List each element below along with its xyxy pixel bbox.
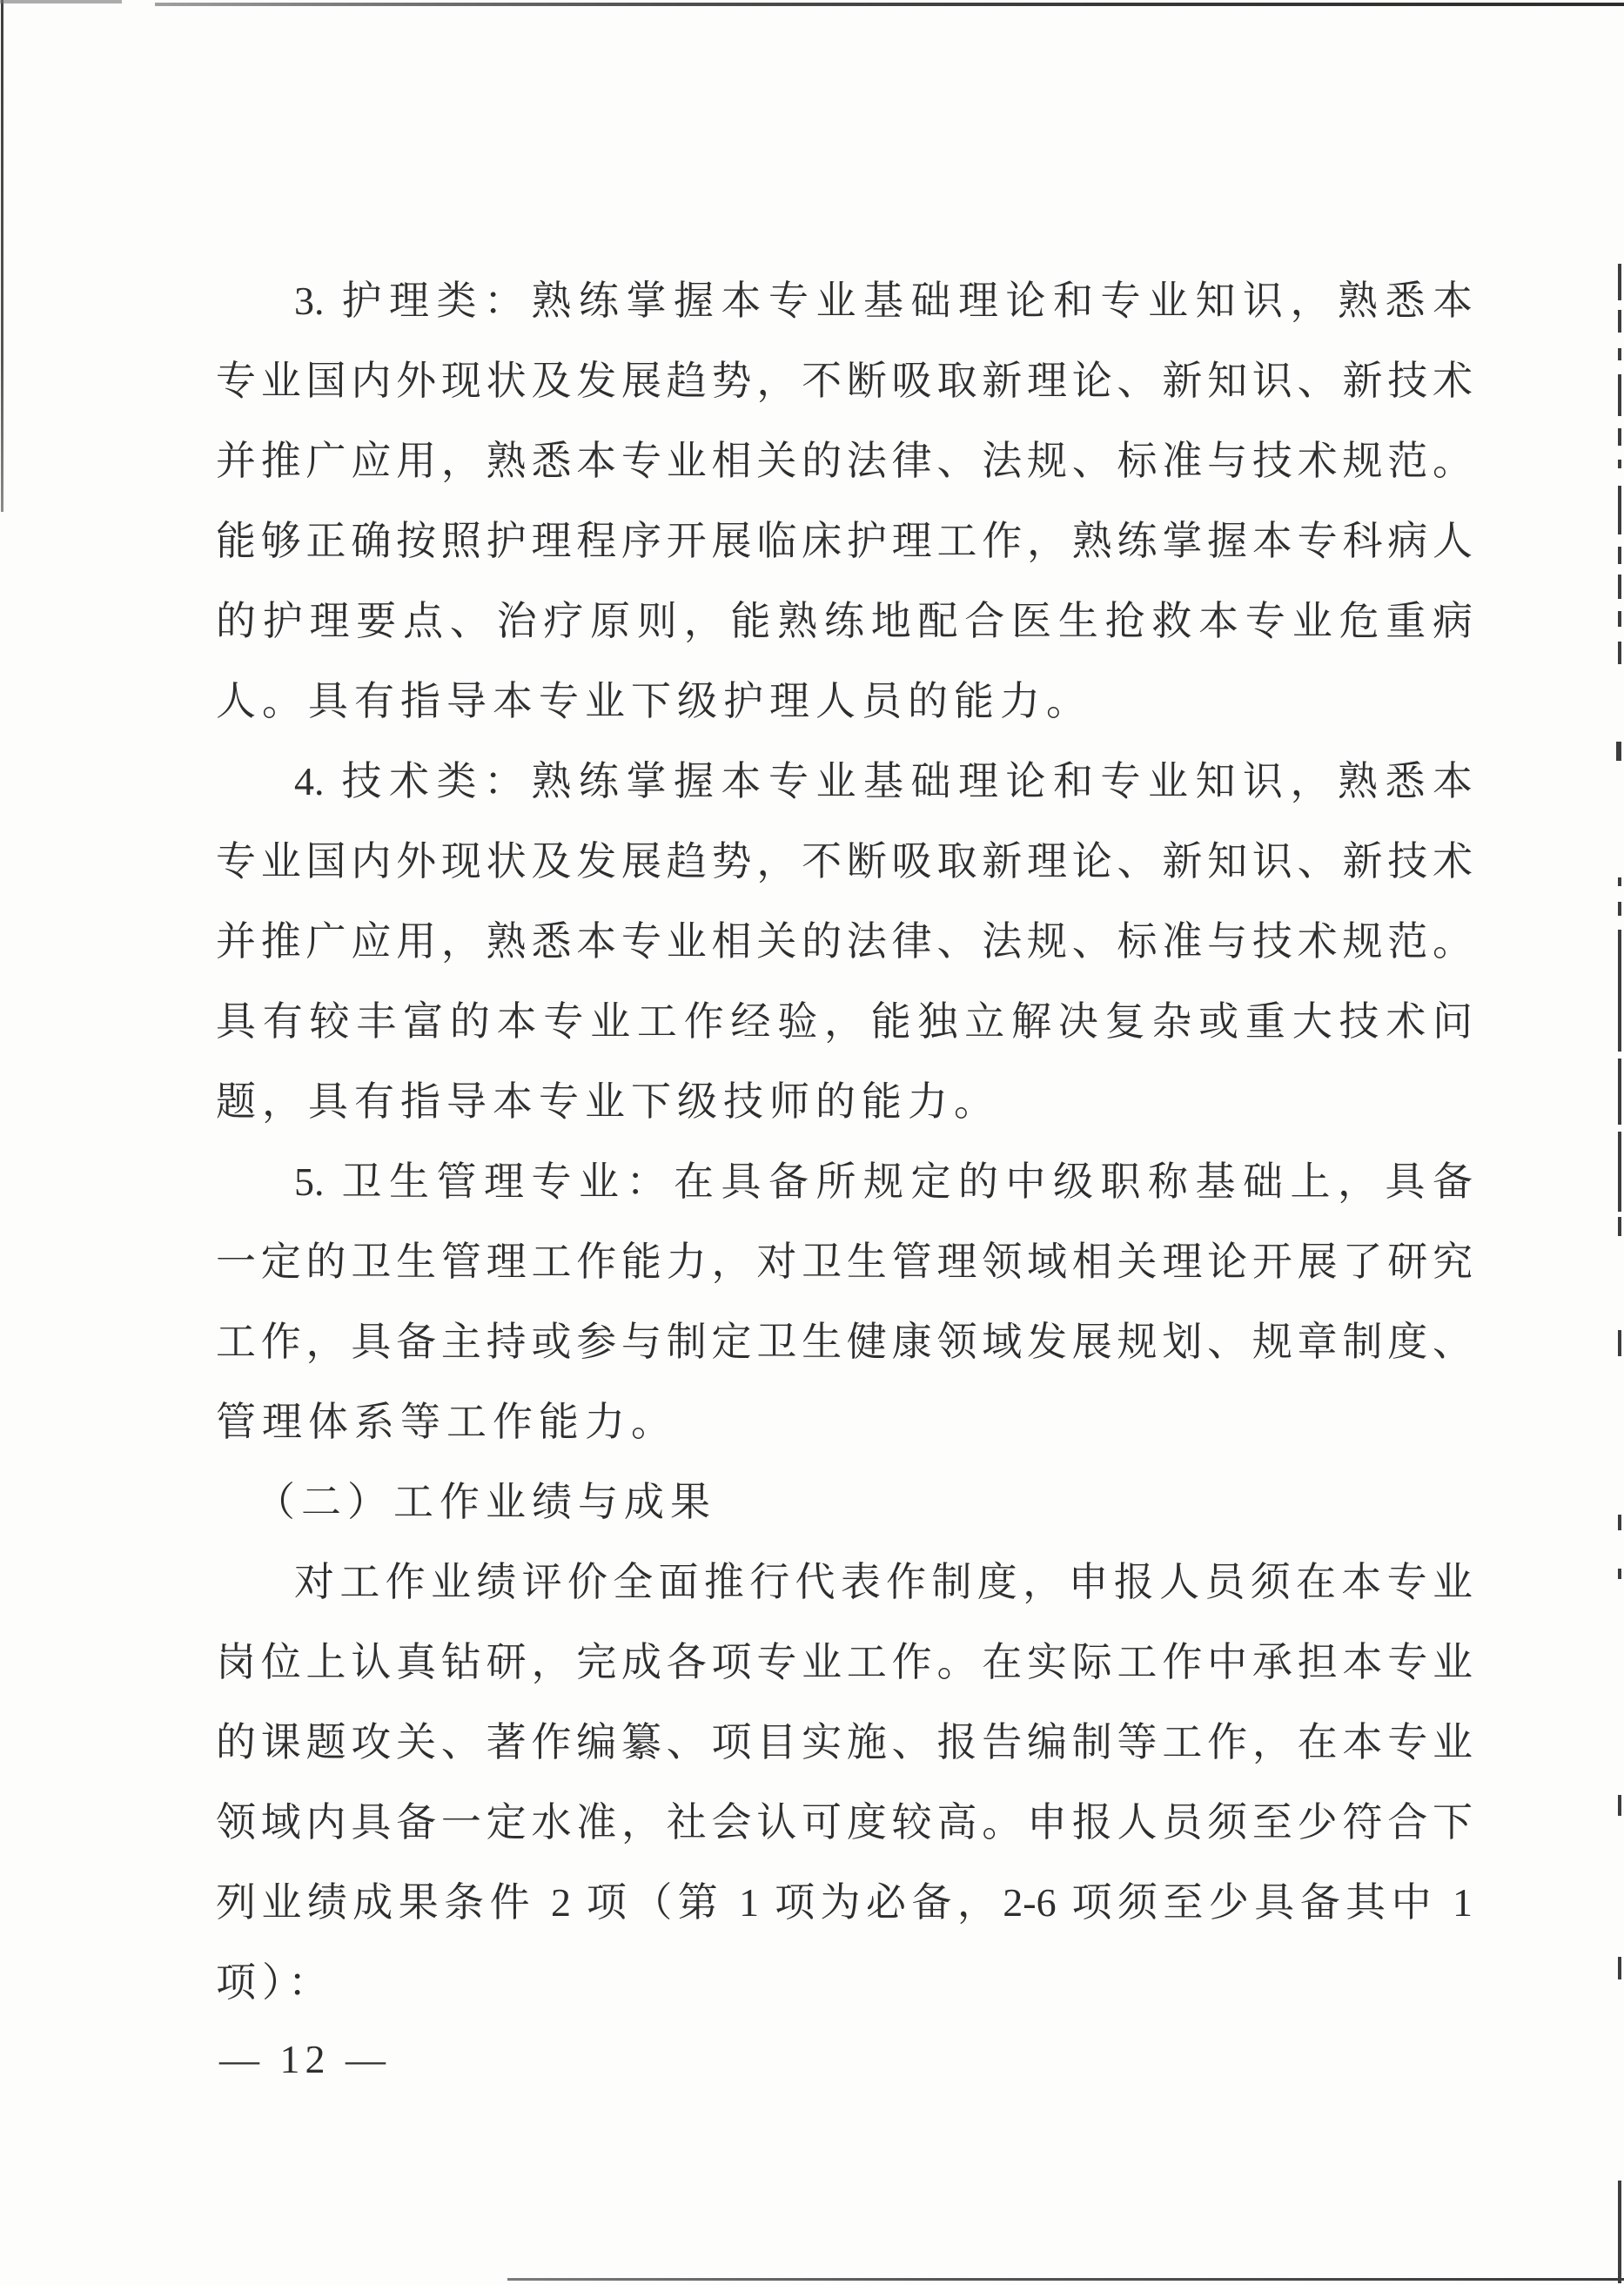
section-heading-line: （二）工作业绩与成果	[216, 1462, 1473, 1542]
text-line: 并推广应用，熟悉本专业相关的法律、法规、标准与技术规范。	[216, 421, 1473, 501]
scan-edge-right-dash	[1618, 486, 1621, 534]
text-line: 工作，具备主持或参与制定卫生健康领域发展规划、规章制度、	[216, 1302, 1473, 1382]
scan-edge-right-dash	[1618, 575, 1621, 599]
scan-edge-right-dash	[1618, 264, 1621, 300]
text-line: 列业绩成果条件 2 项（第 1 项为必备，2-6 项须至少具备其中 1	[216, 1863, 1473, 1943]
text-line: 项）：	[216, 1943, 1473, 2023]
scan-edge-right-dash	[1618, 902, 1621, 916]
scan-edge-right-dash	[1618, 877, 1621, 886]
text-line: 3. 护理类：熟练掌握本专业基础理论和专业知识，熟悉本	[216, 261, 1473, 341]
text-line: 人。具有指导本专业下级护理人员的能力。	[216, 662, 1473, 742]
scan-edge-left-line	[1, 0, 3, 512]
scan-edge-right-dash	[1618, 1217, 1621, 1236]
scan-edge-right-dash	[1616, 742, 1621, 761]
document-text-block: 3. 护理类：熟练掌握本专业基础理论和专业知识，熟悉本 专业国内外现状及发展趋势…	[216, 261, 1473, 2023]
text-line: 的护理要点、治疗原则，能熟练地配合医生抢救本专业危重病	[216, 581, 1473, 662]
text-line: 管理体系等工作能力。	[216, 1382, 1473, 1462]
text-line: 题，具有指导本专业下级技师的能力。	[216, 1062, 1473, 1142]
page-number: — 12 —	[219, 2033, 391, 2086]
scan-edge-top-line	[155, 3, 1624, 6]
scan-edge-right-dash	[1618, 1515, 1621, 1530]
scan-edge-right-dash	[1618, 1957, 1621, 1979]
scan-edge-right-dash	[1618, 374, 1621, 416]
scan-edge-right-dash	[1618, 1132, 1621, 1212]
scan-edge-right-dash	[1618, 930, 1621, 1052]
scan-edge-right-dash	[1618, 348, 1621, 360]
scan-smudge	[0, 0, 122, 3]
scan-edge-bottom-line	[507, 2278, 1624, 2281]
text-line: 领域内具备一定水准，社会认可度较高。申报人员须至少符合下	[216, 1783, 1473, 1863]
text-line: 一定的卫生管理工作能力，对卫生管理领域相关理论开展了研究	[216, 1222, 1473, 1302]
scan-edge-right-dash	[1618, 547, 1621, 564]
text-line: 5. 卫生管理专业：在具备所规定的中级职称基础上，具备	[216, 1142, 1473, 1222]
scan-edge-right-dash	[1618, 1795, 1621, 1816]
scan-edge-right-dash	[1618, 1569, 1621, 1579]
text-line: 专业国内外现状及发展趋势，不断吸取新理论、新知识、新技术	[216, 822, 1473, 902]
text-line: 具有较丰富的本专业工作经验，能独立解决复杂或重大技术问	[216, 982, 1473, 1062]
text-line: 专业国内外现状及发展趋势，不断吸取新理论、新知识、新技术	[216, 341, 1473, 421]
scan-edge-right-dash	[1618, 611, 1621, 627]
scanned-document-page: { "doc": { "lines": [ "3. 护理类：熟练掌握本专业基础理…	[0, 0, 1624, 2285]
text-line: 4. 技术类：熟练掌握本专业基础理论和专业知识，熟悉本	[216, 742, 1473, 822]
scan-edge-right-dash	[1618, 460, 1621, 468]
text-line: 岗位上认真钻研，完成各项专业工作。在实际工作中承担本专业	[216, 1623, 1473, 1703]
scan-edge-right-dash	[1618, 1058, 1621, 1125]
scan-edge-right-dash	[1618, 310, 1621, 333]
text-line: 对工作业绩评价全面推行代表作制度，申报人员须在本专业	[216, 1542, 1473, 1623]
scan-edge-right-dash	[1618, 428, 1621, 446]
text-line: 并推广应用，熟悉本专业相关的法律、法规、标准与技术规范。	[216, 902, 1473, 982]
scan-edge-right-dash	[1618, 642, 1621, 664]
scan-edge-right-dash	[1618, 1330, 1621, 1356]
scan-edge-right-dash	[1618, 2181, 1621, 2283]
text-line: 能够正确按照护理程序开展临床护理工作，熟练掌握本专科病人	[216, 501, 1473, 581]
text-line: 的课题攻关、著作编纂、项目实施、报告编制等工作，在本专业	[216, 1703, 1473, 1783]
